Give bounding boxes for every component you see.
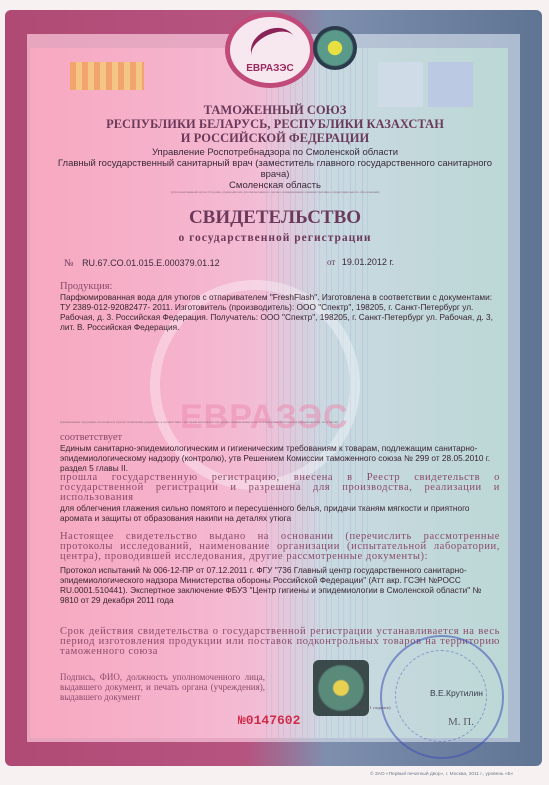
seal-place: М. П. [448,716,474,728]
hologram-seal-icon [313,26,357,70]
certificate-page: ЕВРАЗЭС ЕВРАЗЭС ТАМОЖЕННЫЙ СОЮЗ РЕСПУБЛИ… [0,0,549,785]
eurasec-emblem-icon: ЕВРАЗЭС [225,12,315,88]
republics-line-2: И РОССИЙСКОЙ ФЕДЕРАЦИИ [40,131,510,145]
date-label: от [327,257,335,267]
registered-text: прошла государственную регистрацию, внес… [60,473,500,503]
republics-line-1: РЕСПУБЛИКИ БЕЛАРУСЬ, РЕСПУБЛИКИ КАЗАХСТА… [40,117,510,131]
document-subtitle: о государственной регистрации [40,232,510,244]
union-heading: ТАМОЖЕННЫЙ СОЮЗ РЕСПУБЛИКИ БЕЛАРУСЬ, РЕС… [40,103,510,145]
signature-label: Подпись, ФИО, должность уполномоченного … [60,672,265,702]
serial-number: №0147602 [238,713,300,728]
authority-block: Управление Роспотребнадзора по Смоленско… [40,147,510,191]
security-panel [378,62,423,107]
product-label: Продукция: [60,281,500,292]
basis-label: Настоящее свидетельство выдано на основа… [60,532,500,562]
authority-caption: (уполномоченный орган Стороны, руководит… [40,190,510,194]
union-title: ТАМОЖЕННЫЙ СОЮЗ [40,103,510,117]
basis-block: Настоящее свидетельство выдано на основа… [60,532,500,605]
product-block: Продукция: Парфюмированная вода для утюг… [60,281,500,332]
hologram-strip-icon [70,62,144,90]
registration-number: № RU.67.CO.01.015.E.000379.01.12 [64,258,220,269]
fio-caption: (Ф. И. О. подпись) [355,705,391,710]
product-caption: (наименование продукции, изготовитель и … [60,420,500,424]
compliance-label: соответствует [60,432,500,443]
product-text: Парфюмированная вода для утюгов с отпари… [60,292,500,332]
compliance-block: соответствует Единым санитарно-эпидемиол… [60,432,500,523]
compliance-text: Единым санитарно-эпидемиологическим и ги… [60,443,500,473]
basis-text: Протокол испытаний № 006-12-ПР от 07.12.… [60,565,500,605]
number-value: RU.67.CO.01.015.E.000379.01.12 [82,258,220,268]
printer-footer: © ЗАО «Первый печатный двор», г. Москва,… [370,772,513,777]
document-title: СВИДЕТЕЛЬСТВО [40,207,510,229]
registration-date: от 19.01.2012 г. [327,257,394,267]
usage-text: для облегчения глажения сильно помятого … [60,503,500,523]
date-value: 19.01.2012 г. [342,257,394,267]
security-panel [428,62,473,107]
number-label: № [64,258,74,269]
signer-name: В.Е.Крутилин [430,688,483,698]
authority-line-2: Главный государственный санитарный врач … [40,158,510,180]
emblem-label: ЕВРАЗЭС [230,63,310,74]
authority-line-1: Управление Роспотребнадзора по Смоленско… [40,147,510,158]
